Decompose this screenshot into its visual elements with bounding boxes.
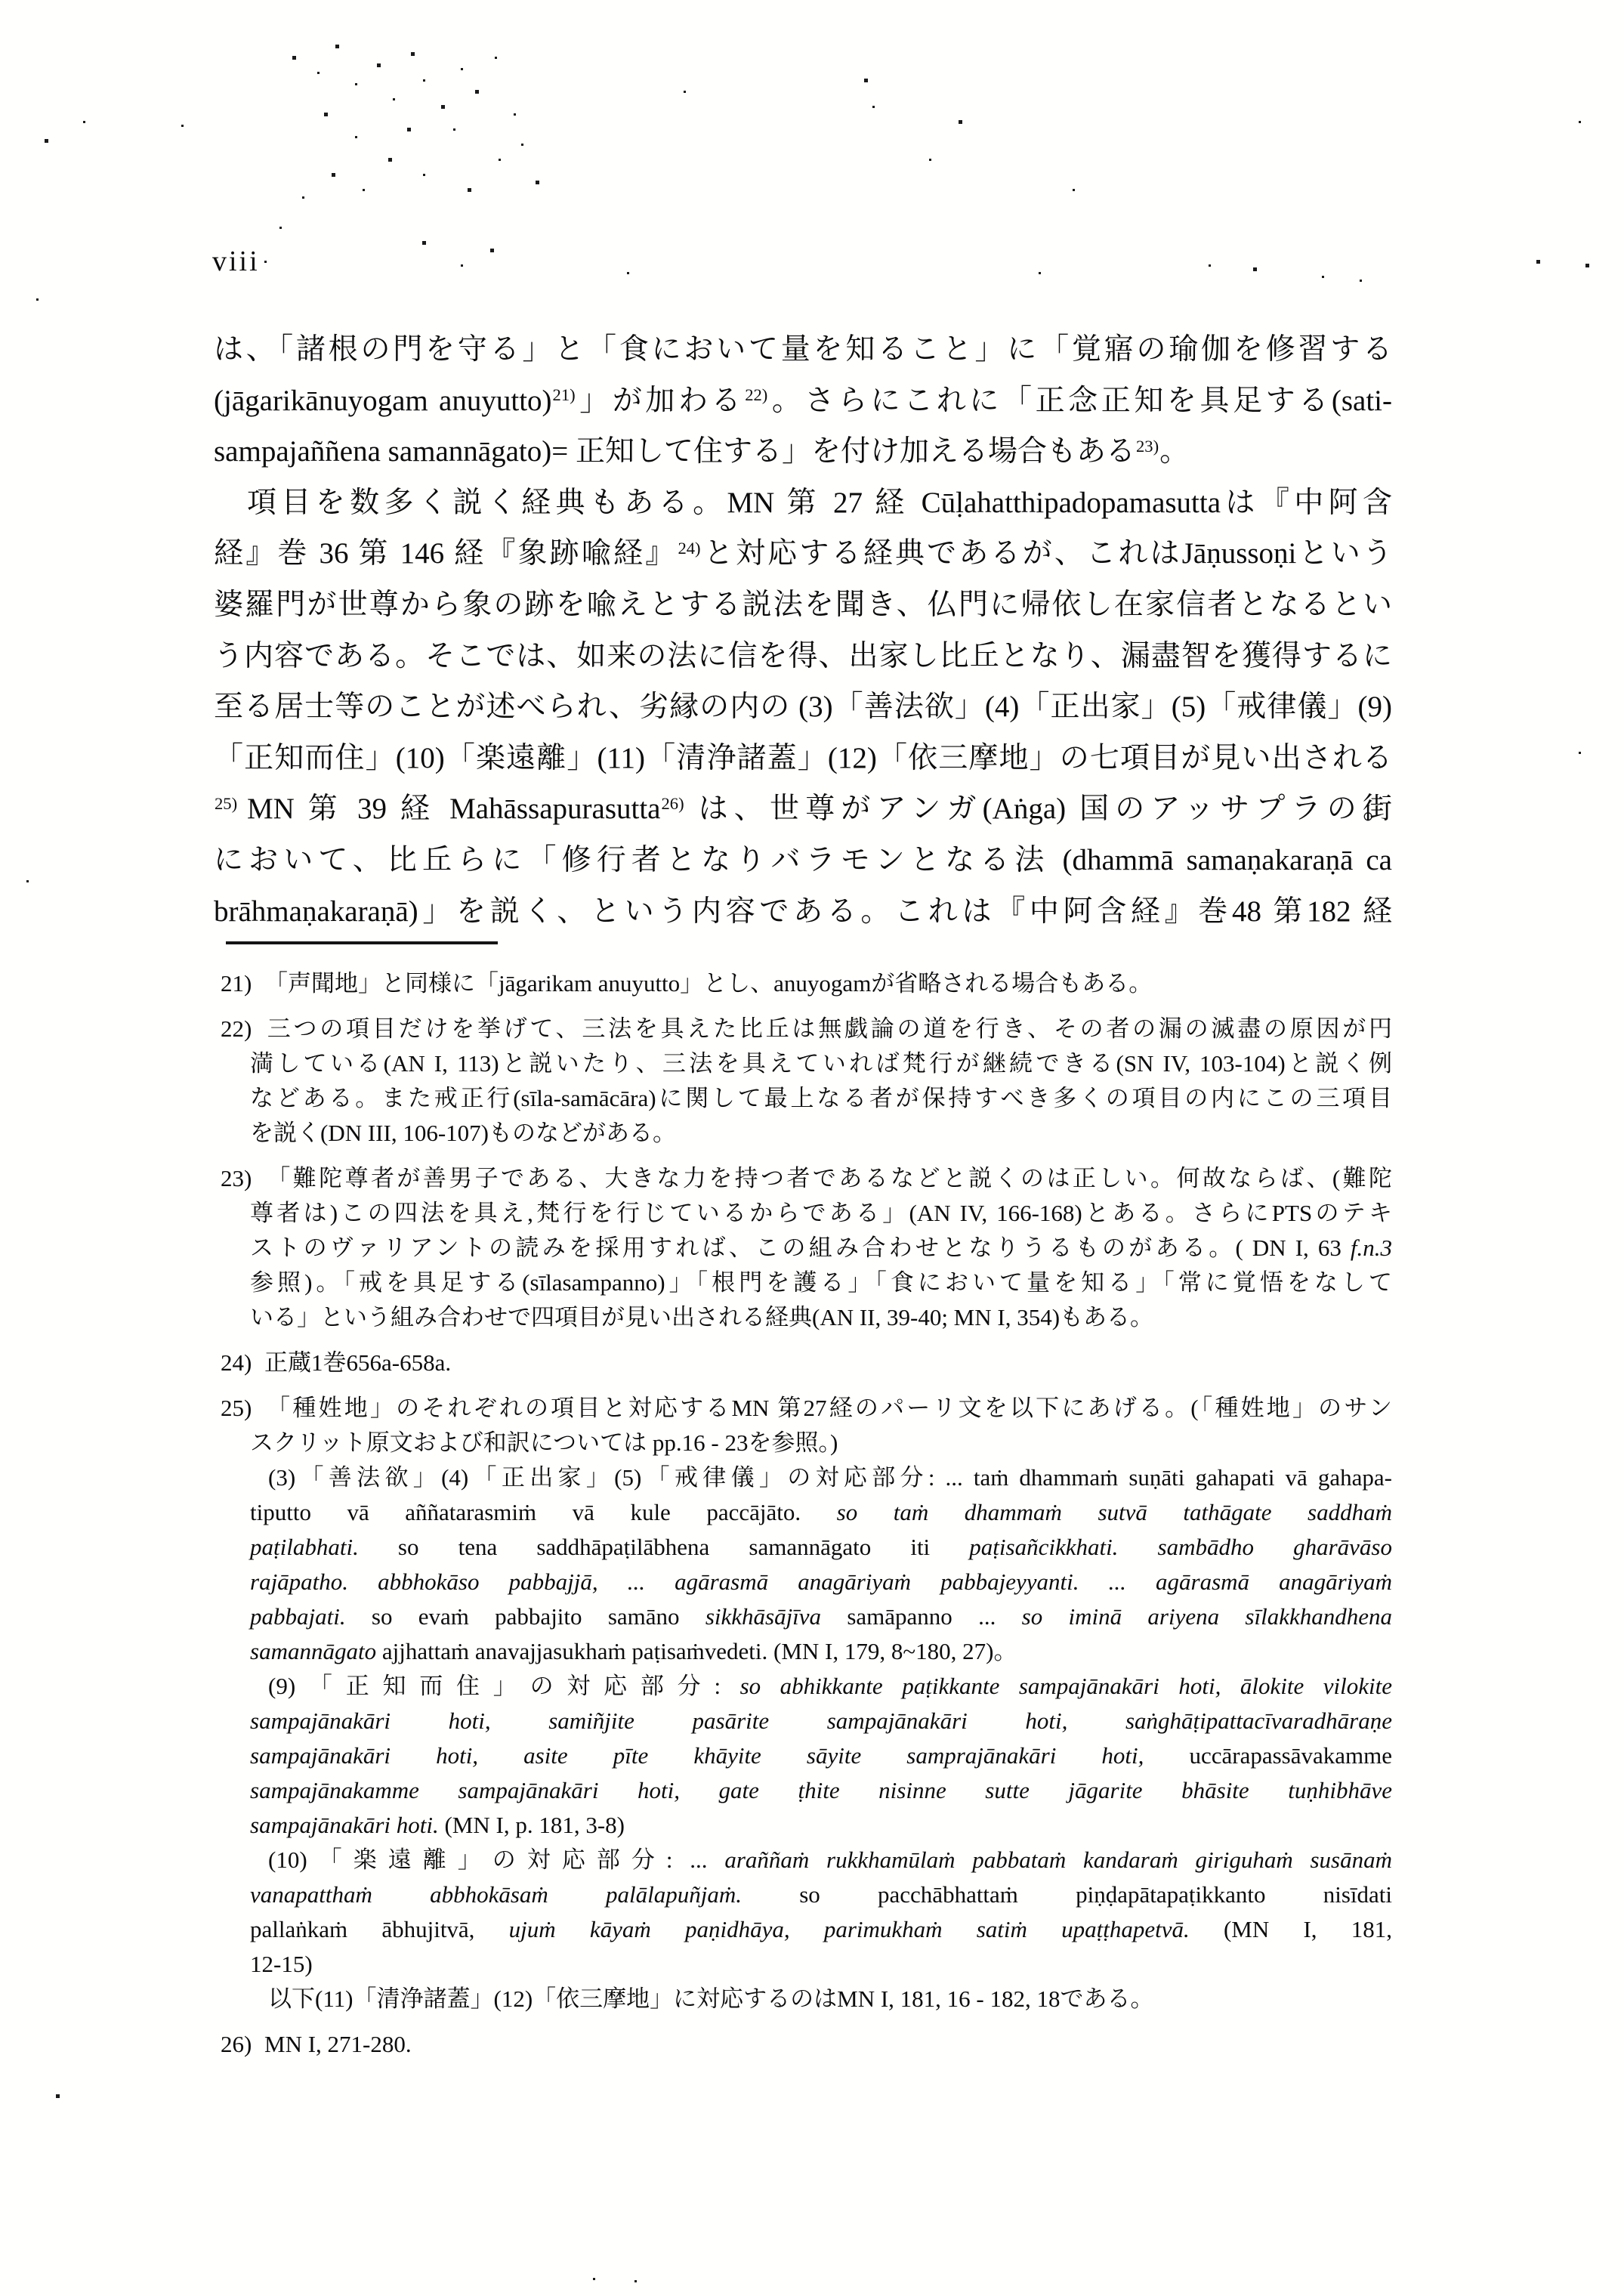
text-segment: いる」という組み合わせで四項目が見い出される経典(AN II, 39-40; M…	[250, 1304, 1153, 1330]
text-line: vanapatthaṁ abbhokāsaṁ palālapuñjaṁ. so …	[214, 1877, 1392, 1912]
text-segment: 「正知而住」(10)「楽遠離」(11)「清浄諸蓋」(12)「依三摩地」の七項目が…	[214, 742, 1392, 774]
text-line: 「正知而住」(10)「楽遠離」(11)「清浄諸蓋」(12)「依三摩地」の七項目が…	[214, 733, 1392, 784]
text-segment: 正蔵1巻656a-658a.	[264, 1349, 451, 1376]
text-segment: 婆羅門が世尊から象の跡を喩えとする説法を聞き、仏門に帰依し在家信者となるとい	[214, 589, 1392, 621]
text-segment: 項目を数多く説く経典もある。MN 第 27 経 Cūḷahatthipadopa…	[247, 487, 1392, 519]
footnote-number: 24)	[221, 1346, 264, 1380]
text-line: sampajānakāri hoti, samiñjite pasārite s…	[214, 1704, 1392, 1738]
text-line: 21)「声聞地」と同様に「jāgarikam anuyutto」とし、anuyo…	[214, 966, 1392, 1001]
footnote-number: 23)	[221, 1161, 264, 1196]
text-line: 24)正蔵1巻656a-658a.	[214, 1346, 1392, 1380]
text-line: 22)三つの項目だけを挙げて、三法を具えた比丘は無戯論の道を行き、その者の漏の滅…	[214, 1012, 1392, 1046]
text-segment: (9)「正知而住」の対応部分:	[268, 1673, 740, 1699]
text-line: において、比丘らに「修行者となりバラモンとなる法 (dhammā samaṇak…	[214, 835, 1392, 886]
page-number: viii	[212, 245, 260, 278]
text-segment: so pacchābhattaṁ piṇḍapātapaṭikkanto nis…	[742, 1881, 1392, 1908]
text-line: (9)「正知而住」の対応部分: so abhikkante paṭikkante…	[214, 1669, 1392, 1704]
text-segment: う内容である。そこでは、如来の法に信を得、出家し比丘となり、漏盡智を獲得するに	[214, 640, 1392, 672]
text-line: 23)「難陀尊者が善男子である、大きな力を持つ者であるなどと説くのは正しい。何故…	[214, 1161, 1392, 1196]
main-text-block: は、「諸根の門を守る」と「食において量を知ること」に「覚寤の瑜伽を修習する(jā…	[214, 324, 1392, 937]
text-line: 満している(AN I, 113)と説いたり、三法を具えていれば梵行が継続できる(…	[214, 1046, 1392, 1081]
text-segment: 満している(AN I, 113)と説いたり、三法を具えていれば梵行が継続できる(…	[250, 1050, 1392, 1077]
text-line: スクリット原文および和訳については pp.16 - 23を参照。)	[214, 1426, 1392, 1460]
text-segment: ajjhattaṁ anavajjasukhaṁ paṭisaṁvedeti. …	[376, 1638, 1017, 1664]
text-segment: と対応する経典であるが、これはJāṇussoṇiという	[702, 537, 1392, 570]
text-segment: vanapatthaṁ abbhokāsaṁ palālapuñjaṁ.	[250, 1881, 742, 1908]
text-line: 尊者は)この四法を具え,梵行を行じているからである」(AN IV, 166-16…	[214, 1196, 1392, 1231]
text-line: 25)「種姓地」のそれぞれの項目と対応するMN 第27経のパーリ文を以下にあげる…	[214, 1391, 1392, 1426]
text-segment: f.n.3	[1351, 1235, 1392, 1261]
text-segment: 「難陀尊者が善男子である、大きな力を持つ者であるなどと説くのは正しい。何故ならば…	[264, 1165, 1392, 1191]
text-line: sampajaññena samannāgato)= 正知して住する」を付け加え…	[214, 426, 1392, 477]
text-segment: を説く(DN III, 106-107)ものなどがある。	[250, 1120, 676, 1146]
text-line: 以下(11)「清浄諸蓋」(12)「依三摩地」に対応するのはMN I, 181, …	[214, 1982, 1392, 2016]
scanned-page: viii は、「諸根の門を守る」と「食において量を知ること」に「覚寤の瑜伽を修習…	[0, 0, 1624, 2296]
text-line: sampajānakāri hoti. (MN I, p. 181, 3-8)	[214, 1808, 1392, 1843]
text-segment: 経』巻 36 第 146 経『象跡喩経』	[214, 537, 677, 570]
text-line: pabbajati. so evaṁ pabbajito samāno sikk…	[214, 1599, 1392, 1634]
text-line: (3)「善法欲」(4)「正出家」(5)「戒律儀」の対応部分: ... taṁ d…	[214, 1460, 1392, 1495]
text-line: MN 第 39 経 Mahāssapurasutta26) は、世尊がアンガ(A…	[214, 783, 1392, 835]
footnote-number: 26)	[221, 2027, 264, 2062]
text-line: sampajānakāri hoti, asite pīte khāyite s…	[214, 1738, 1392, 1773]
text-segment: (10)「楽遠離」の対応部分: ...	[268, 1846, 724, 1873]
text-line: ストのヴァリアントの読みを採用すれば、この組み合わせとなりうるものがある。( D…	[214, 1231, 1392, 1265]
text-segment: uccārapassāvakamme	[1144, 1742, 1392, 1769]
footnote-ref: 26)	[662, 794, 684, 813]
text-line: 至る居士等のことが述べられ、劣縁の内の (3)「善法欲」(4)「正出家」(5)「…	[214, 681, 1392, 733]
text-segment: sikkhāsājīva	[705, 1603, 821, 1630]
text-segment: 「種姓地」のそれぞれの項目と対応するMN 第27経のパーリ文を以下にあげる。(「…	[264, 1395, 1392, 1421]
text-line: paṭilabhati. so tena saddhāpaṭilābhena s…	[214, 1530, 1392, 1565]
text-segment: MN 第 39 経 Mahāssapurasutta	[247, 793, 661, 825]
text-line: 経』巻 36 第 146 経『象跡喩経』24)と対応する経典であるが、これはJā…	[214, 528, 1392, 579]
footnote-ref: 22)	[745, 385, 767, 404]
text-segment: so abhikkante paṭikkante sampajānakāri h…	[740, 1673, 1392, 1699]
text-segment: は、世尊がアンガ(Aṅga) 国のアッサプラの街	[685, 793, 1392, 825]
text-segment: so iminā ariyena sīlakkhandhena	[1022, 1603, 1392, 1630]
footnote-ref: 23)	[1136, 437, 1159, 456]
text-segment: 。さらにこれに「正念正知を具足する(sati-	[768, 385, 1392, 417]
text-segment: samannāgato	[250, 1638, 376, 1664]
text-line: 参照)。「戒を具足する(sīlasampanno)」「根門を護る」「食において量…	[214, 1265, 1392, 1300]
text-segment: 尊者は)この四法を具え,梵行を行じているからである」(AN IV, 166-16…	[250, 1200, 1392, 1226]
text-segment: (MN I, 181,	[1190, 1916, 1392, 1942]
text-segment: 三つの項目だけを挙げて、三法を具えた比丘は無戯論の道を行き、その者の漏の滅盡の原…	[264, 1015, 1392, 1042]
text-segment: sampajānakāri hoti, asite pīte khāyite s…	[250, 1742, 1144, 1769]
text-segment: 以下(11)「清浄諸蓋」(12)「依三摩地」に対応するのはMN I, 181, …	[268, 1985, 1154, 2012]
text-segment: so taṁ dhammaṁ sutvā tathāgate saddhaṁ	[837, 1499, 1392, 1525]
text-segment: paṭisañcikkhati. sambādho gharāvāso	[969, 1534, 1392, 1560]
text-segment: (3)「善法欲」(4)「正出家」(5)「戒律儀」の対応部分: ... taṁ d…	[268, 1464, 1392, 1491]
text-line: brāhmaṇakaraṇā)」を説く、という内容である。これは『中阿含経』巻4…	[214, 886, 1392, 938]
text-line: pallaṅkaṁ ābhujitvā, ujuṁ kāyaṁ paṇidhāy…	[214, 1912, 1392, 1947]
footnote-number: 21)	[221, 966, 264, 1001]
text-segment: 12-15)	[250, 1951, 313, 1977]
text-line: 12-15)	[214, 1947, 1392, 1982]
text-segment: tiputto vā aññatarasmiṁ vā kule paccājāt…	[250, 1499, 837, 1525]
footnote-separator	[226, 941, 498, 944]
text-segment: so tena saddhāpaṭilābhena samannāgato it…	[359, 1534, 969, 1560]
footnote-number: 22)	[221, 1012, 264, 1046]
text-segment: 参照)。「戒を具足する(sīlasampanno)」「根門を護る」「食において量…	[250, 1269, 1392, 1296]
text-segment: rajāpatho. abbhokāso pabbajjā, ... agāra…	[250, 1568, 1392, 1595]
text-line: 項目を数多く説く経典もある。MN 第 27 経 Cūḷahatthipadopa…	[214, 477, 1392, 529]
footnote-number: 25)	[221, 1391, 264, 1426]
text-segment: brāhmaṇakaraṇā)」を説く、という内容である。これは『中阿含経』巻4…	[214, 895, 1392, 928]
text-segment: sampajānakamme sampajānakāri hoti, gate …	[250, 1777, 1392, 1803]
text-segment: pallaṅkaṁ ābhujitvā,	[250, 1916, 509, 1942]
text-segment: 「声聞地」と同様に「jāgarikam anuyutto」とし、anuyogam…	[264, 970, 1152, 997]
text-segment: (jāgarikānuyogam anuyutto)	[214, 385, 552, 417]
text-segment: paṭilabhati.	[250, 1534, 359, 1560]
text-line: rajāpatho. abbhokāso pabbajjā, ... agāra…	[214, 1565, 1392, 1599]
text-segment: sampajānakāri hoti, samiñjite pasārite s…	[250, 1707, 1392, 1734]
text-segment: pabbajati.	[250, 1603, 346, 1630]
text-line: samannāgato ajjhattaṁ anavajjasukhaṁ paṭ…	[214, 1634, 1392, 1669]
text-line: は、「諸根の門を守る」と「食において量を知ること」に「覚寤の瑜伽を修習する	[214, 324, 1392, 375]
text-segment: sampajānakāri hoti.	[250, 1812, 439, 1838]
footnotes-block: 21)「声聞地」と同様に「jāgarikam anuyutto」とし、anuyo…	[214, 966, 1392, 2062]
text-line: いる」という組み合わせで四項目が見い出される経典(AN II, 39-40; M…	[214, 1300, 1392, 1335]
text-segment: 」が加わる	[576, 385, 745, 417]
text-line: (10)「楽遠離」の対応部分: ... araññaṁ rukkhamūlaṁ …	[214, 1843, 1392, 1877]
text-line: う内容である。そこでは、如来の法に信を得、出家し比丘となり、漏盡智を獲得するに	[214, 631, 1392, 682]
footnote-ref: 25)	[215, 794, 237, 813]
text-segment: so evaṁ pabbajito samāno	[346, 1603, 705, 1630]
text-line: sampajānakamme sampajānakāri hoti, gate …	[214, 1773, 1392, 1808]
text-segment: スクリット原文および和訳については pp.16 - 23を参照。)	[250, 1429, 838, 1456]
text-segment: ujuṁ kāyaṁ paṇidhāya, parimukhaṁ satiṁ u…	[509, 1916, 1190, 1942]
footnote-ref: 24)	[678, 539, 700, 558]
text-segment: sampajaññena samannāgato)= 正知して住する」を付け加え…	[214, 435, 1135, 468]
text-segment: ストのヴァリアントの読みを採用すれば、この組み合わせとなりうるものがある。( D…	[250, 1235, 1351, 1261]
scan-noise	[0, 0, 2, 2]
text-line: 26)MN I, 271-280.	[214, 2027, 1392, 2062]
text-segment: (MN I, p. 181, 3-8)	[439, 1812, 625, 1838]
text-line: 婆羅門が世尊から象の跡を喩えとする説法を聞き、仏門に帰依し在家信者となるとい	[214, 579, 1392, 631]
text-line: tiputto vā aññatarasmiṁ vā kule paccājāt…	[214, 1495, 1392, 1530]
text-segment: MN I, 271-280.	[264, 2031, 412, 2057]
footnote-ref: 21)	[553, 385, 576, 404]
text-segment: などある。また戒正行(sīla-samācāra)に関して最上なる者が保持すべき…	[250, 1085, 1392, 1111]
text-line: などある。また戒正行(sīla-samācāra)に関して最上なる者が保持すべき…	[214, 1081, 1392, 1116]
text-segment: は、「諸根の門を守る」と「食において量を知ること」に「覚寤の瑜伽を修習する	[214, 333, 1392, 366]
text-line: (jāgarikānuyogam anuyutto)21)」が加わる22)。さら…	[214, 375, 1392, 427]
text-line: を説く(DN III, 106-107)ものなどがある。	[214, 1116, 1392, 1151]
text-segment: 至る居士等のことが述べられ、劣縁の内の (3)「善法欲」(4)「正出家」(5)「…	[214, 691, 1392, 723]
text-segment: において、比丘らに「修行者となりバラモンとなる法 (dhammā samaṇak…	[214, 844, 1392, 876]
text-segment: samāpanno ...	[821, 1603, 1022, 1630]
text-segment: araññaṁ rukkhamūlaṁ pabbataṁ kandaraṁ gi…	[724, 1846, 1392, 1873]
text-segment: 。	[1159, 435, 1189, 468]
